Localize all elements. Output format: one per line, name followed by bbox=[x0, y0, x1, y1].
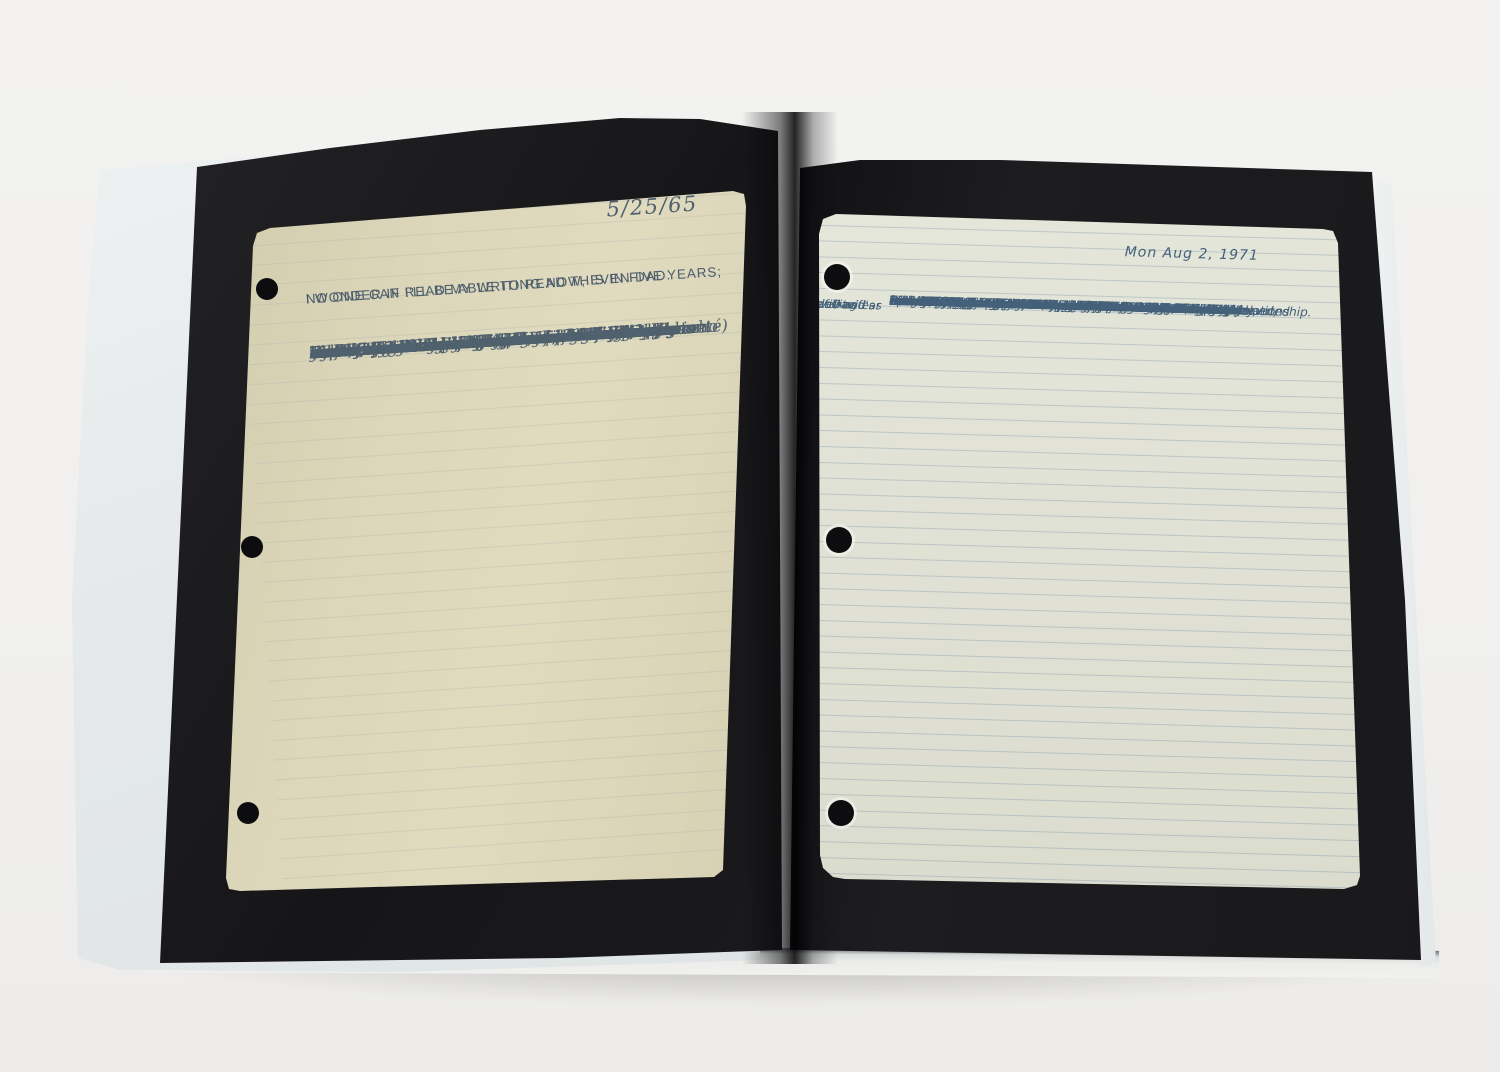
diary-sheet-right-ruled-area: Mon Aug 2, 1971 at David's due to fear o… bbox=[776, 201, 1381, 919]
photo-of-open-diary-album: 5/25/65 I WONDER IF I'LL BE ABLE TO READ… bbox=[0, 0, 1500, 1072]
margin-note: at David's due to fear of David as well … bbox=[817, 296, 899, 298]
printed-handwriting-block: I WONDER IF I'LL BE ABLE TO READ THIS IN… bbox=[305, 258, 744, 287]
punch-hole bbox=[237, 802, 259, 824]
diary-sheet-left: 5/25/65 I WONDER IF I'LL BE ABLE TO READ… bbox=[200, 170, 760, 910]
punch-hole bbox=[241, 536, 263, 558]
cursive-handwriting-block: So I'll write this way, which is new thi… bbox=[309, 313, 758, 343]
punch-hole bbox=[256, 278, 278, 300]
handwriting-line: was her again. bbox=[309, 335, 428, 365]
handwriting-line: remote. Kathrine said everyone wants to … bbox=[889, 294, 1217, 319]
diary-sheet-right: Mon Aug 2, 1971 at David's due to fear o… bbox=[790, 195, 1390, 910]
punch-hole bbox=[828, 800, 854, 826]
entry-date-right: Mon Aug 2, 1971 bbox=[1124, 244, 1259, 264]
punch-hole bbox=[826, 527, 852, 553]
margin-note-line: driving bbox=[817, 296, 857, 315]
handwriting-block-right: Before going to NYC I was aware that our… bbox=[889, 294, 1355, 307]
punch-hole bbox=[824, 264, 850, 290]
handwriting-line: NO ONE CAN READ MY WRITING NOW, EVEN DAD… bbox=[305, 263, 672, 312]
diary-sheet-left-ruled-area: 5/25/65 I WONDER IF I'LL BE ABLE TO READ… bbox=[236, 150, 802, 895]
